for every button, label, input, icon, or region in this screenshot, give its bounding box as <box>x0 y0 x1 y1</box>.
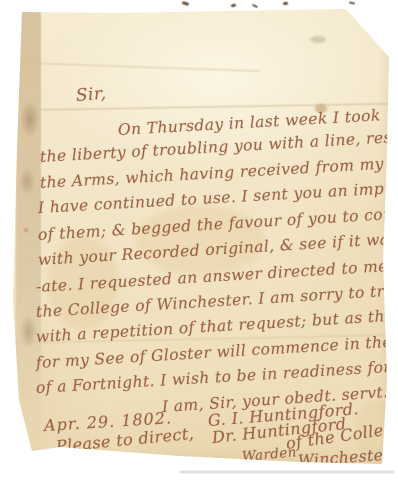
cropped-writing-mark <box>349 1 355 4</box>
pencil-mark <box>310 36 326 43</box>
cropped-writing-mark <box>182 1 190 6</box>
cropped-writing-mark <box>283 2 288 6</box>
letter-paper: Sir, On Thursday in last week I took the… <box>0 0 398 480</box>
scanned-letter-photo: Sir, On Thursday in last week I took the… <box>0 0 398 480</box>
salutation: Sir, <box>75 84 107 106</box>
scan-shadow-line <box>180 471 394 473</box>
direction-line-warden: Warden <box>241 444 297 465</box>
cropped-writing-mark <box>231 4 237 8</box>
cropped-writing-mark <box>252 4 258 8</box>
fold-crease <box>20 62 260 72</box>
